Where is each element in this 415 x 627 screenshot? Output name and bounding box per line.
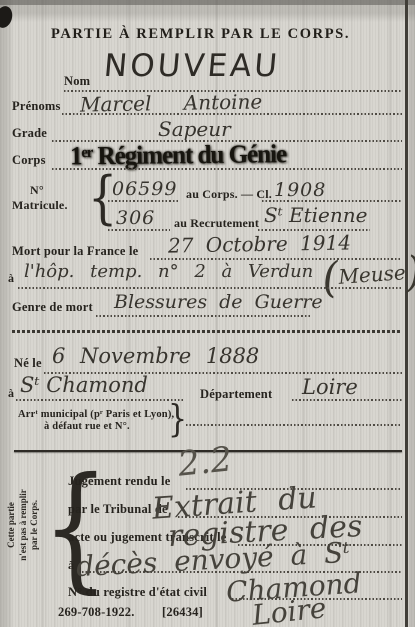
nom-value: NOUVEAU [102, 48, 281, 84]
prenoms-rule [62, 113, 402, 115]
registre-label: N° du registre d'état civil [68, 585, 207, 600]
genre-label: Genre de mort [12, 300, 93, 315]
genre-rule [96, 315, 311, 317]
grade-value: Sapeur [158, 117, 231, 141]
footer-bracket-ref: [26434] [162, 605, 203, 620]
matricule-corps-rule [108, 200, 180, 202]
lieu-rule [18, 287, 402, 289]
departement-label: Département [200, 387, 272, 402]
section-separator-dotted [12, 330, 402, 333]
prenoms-label: Prénoms [12, 99, 61, 114]
death-record-card: PARTIE À REMPLIR PAR LE CORPS. Nom NOUVE… [0, 0, 415, 627]
matricule-label-1: N° [30, 183, 44, 198]
grade-label: Grade [12, 126, 47, 141]
lieu-naissance-rule [16, 399, 184, 401]
corps-label: Corps [12, 153, 46, 168]
ne-value: 6 Novembre 1888 [52, 344, 259, 368]
etat-civil-a-label: à [68, 558, 74, 573]
ne-label: Né le [14, 356, 42, 371]
departement-value: Loire [302, 375, 358, 399]
matricule-label-2: Matricule. [12, 198, 68, 213]
au-corps-label: au Corps. — Cl. [186, 187, 272, 202]
recrutement-number-rule [108, 229, 170, 231]
departement-rule [292, 399, 402, 401]
recrutement-place: Sᵗ Etienne [264, 203, 367, 227]
card-right-edge [405, 0, 408, 627]
footer-print-ref: 269-708-1922. [58, 605, 135, 620]
mort-label: Mort pour la France le [12, 244, 138, 259]
margin-note-line1: Cette partie [6, 470, 18, 580]
jugement-scrawl: 2.2 [176, 439, 234, 484]
lieu-value: l'hôp. temp. n° 2 à Verdun [24, 261, 313, 282]
arr-rule [186, 424, 402, 426]
margin-note-line3: par le Corps. [29, 470, 41, 580]
lieu-departement-group: (Meuse) [320, 247, 415, 303]
lieu-paren-text: Meuse [338, 260, 407, 289]
form-title: PARTIE À REMPLIR PAR LE CORPS. [0, 26, 401, 43]
genre-value: Blessures de Guerre [114, 291, 323, 313]
margin-note-line2: n'est pas à remplir [18, 470, 30, 580]
lieu-naissance-value: Sᵗ Chamond [20, 373, 148, 397]
matricule-corps-number: 06599 [112, 178, 177, 200]
scan-margin [409, 0, 415, 627]
lieu-prefix-label: à [8, 271, 14, 286]
au-recrutement-label: au Recrutement [174, 216, 259, 231]
classe-rule [262, 200, 402, 202]
nom-label: Nom [64, 74, 90, 89]
margin-note: Cette partie n'est pas à remplir par le … [6, 470, 44, 580]
lieu-naissance-prefix: à [8, 386, 14, 401]
paren-close: ) [404, 247, 415, 297]
classe-value: 1908 [274, 179, 326, 201]
jugement-label: Jugement rendu le [68, 474, 170, 489]
arr-brace: } [168, 401, 187, 439]
matricule-recrutement-number: 306 [116, 207, 155, 229]
arr-label-line2: à défaut rue et N°. [44, 421, 130, 432]
arr-label-line1: Arrᵗ municipal (pʳ Paris et Lyon), [18, 409, 174, 420]
